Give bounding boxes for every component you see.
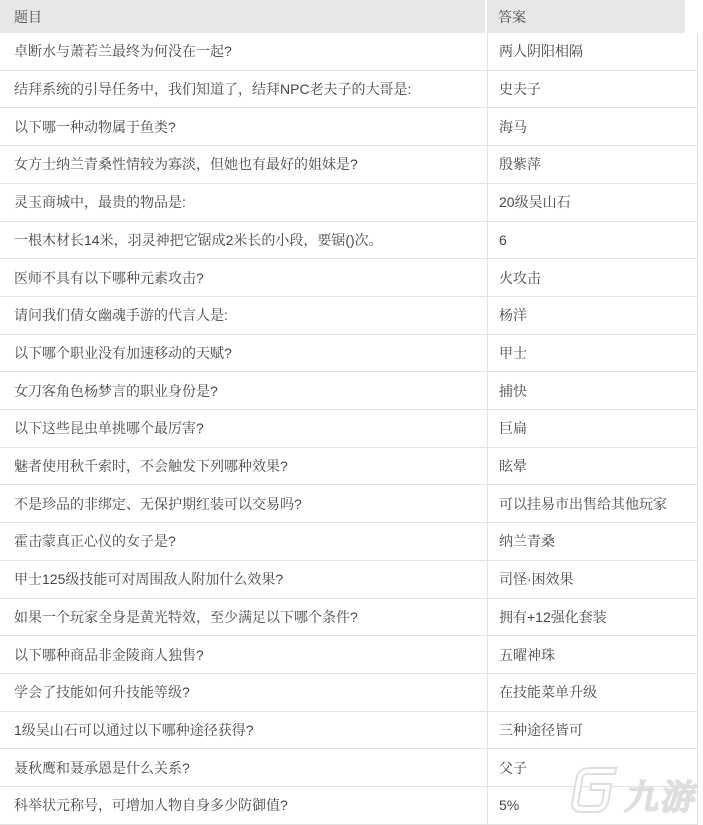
table-row: 聂秋鹰和聂承恩是什么关系? 父子 [0, 749, 697, 787]
question-cell: 以下哪种商品非金陵商人独售? [0, 636, 487, 673]
answer-cell: 5% [487, 787, 697, 824]
question-cell: 女方士纳兰青桑性情较为寡淡，但她也有最好的姐妹是? [0, 146, 487, 183]
answer-cell: 纳兰青桑 [487, 523, 697, 560]
question-cell: 魅者使用秋千索时，不会触发下列哪种效果? [0, 448, 487, 485]
question-cell: 以下这些昆虫单挑哪个最厉害? [0, 410, 487, 447]
answer-cell: 6 [487, 222, 697, 259]
table-row: 1级吴山石可以通过以下哪种途径获得? 三种途径皆可 [0, 712, 697, 750]
question-cell: 结拜系统的引导任务中，我们知道了，结拜NPC老夫子的大哥是: [0, 71, 487, 108]
header-question: 题目 [0, 0, 485, 33]
table-row: 不是珍品的非绑定、无保护期红装可以交易吗? 可以挂易市出售给其他玩家 [0, 485, 697, 523]
answer-cell: 父子 [487, 749, 697, 786]
table-row: 甲士125级技能可对周围敌人附加什么效果? 司怪·困效果 [0, 561, 697, 599]
question-cell: 科举状元称号，可增加人物自身多少防御值? [0, 787, 487, 824]
question-cell: 霍击蒙真正心仪的女子是? [0, 523, 487, 560]
qa-table: 题目 答案 卓断水与萧若兰最终为何没在一起? 两人阴阳相隔 结拜系统的引导任务中… [0, 0, 698, 825]
table-row: 科举状元称号，可增加人物自身多少防御值? 5% [0, 787, 697, 825]
answer-cell: 五曜神珠 [487, 636, 697, 673]
table-row: 灵玉商城中，最贵的物品是: 20级吴山石 [0, 184, 697, 222]
table-row: 请问我们倩女幽魂手游的代言人是: 杨洋 [0, 297, 697, 335]
table-row: 以下哪个职业没有加速移动的天赋? 甲士 [0, 335, 697, 373]
question-cell: 甲士125级技能可对周围敌人附加什么效果? [0, 561, 487, 598]
table-row: 一根木材长14米，羽灵神把它锯成2米长的小段，要锯()次。 6 [0, 222, 697, 260]
question-cell: 以下哪个职业没有加速移动的天赋? [0, 335, 487, 372]
question-cell: 1级吴山石可以通过以下哪种途径获得? [0, 712, 487, 749]
answer-cell: 巨扁 [487, 410, 697, 447]
answer-cell: 史夫子 [487, 71, 697, 108]
question-cell: 卓断水与萧若兰最终为何没在一起? [0, 33, 487, 70]
answer-cell: 捕快 [487, 372, 697, 409]
question-cell: 以下哪一种动物属于鱼类? [0, 108, 487, 145]
question-cell: 学会了技能如何升技能等级? [0, 674, 487, 711]
answer-cell: 在技能菜单升级 [487, 674, 697, 711]
question-cell: 请问我们倩女幽魂手游的代言人是: [0, 297, 487, 334]
question-cell: 医师不具有以下哪种元素攻击? [0, 259, 487, 296]
answer-cell: 火攻击 [487, 259, 697, 296]
question-cell: 不是珍品的非绑定、无保护期红装可以交易吗? [0, 485, 487, 522]
answer-cell: 两人阴阳相隔 [487, 33, 697, 70]
question-cell: 聂秋鹰和聂承恩是什么关系? [0, 749, 487, 786]
answer-cell: 甲士 [487, 335, 697, 372]
table-row: 女刀客角色杨梦言的职业身份是? 捕快 [0, 372, 697, 410]
table-row: 如果一个玩家全身是黄光特效，至少满足以下哪个条件? 拥有+12强化套装 [0, 599, 697, 637]
table-body: 卓断水与萧若兰最终为何没在一起? 两人阴阳相隔 结拜系统的引导任务中，我们知道了… [0, 33, 698, 825]
answer-cell: 可以挂易市出售给其他玩家 [487, 485, 697, 522]
answer-cell: 三种途径皆可 [487, 712, 697, 749]
answer-cell: 殷紫萍 [487, 146, 697, 183]
question-cell: 灵玉商城中，最贵的物品是: [0, 184, 487, 221]
question-cell: 一根木材长14米，羽灵神把它锯成2米长的小段，要锯()次。 [0, 222, 487, 259]
table-row: 霍击蒙真正心仪的女子是? 纳兰青桑 [0, 523, 697, 561]
table-row: 以下哪种商品非金陵商人独售? 五曜神珠 [0, 636, 697, 674]
question-cell: 女刀客角色杨梦言的职业身份是? [0, 372, 487, 409]
table-row: 魅者使用秋千索时，不会触发下列哪种效果? 眩晕 [0, 448, 697, 486]
table-row: 结拜系统的引导任务中，我们知道了，结拜NPC老夫子的大哥是: 史夫子 [0, 71, 697, 109]
answer-cell: 20级吴山石 [487, 184, 697, 221]
table-row: 医师不具有以下哪种元素攻击? 火攻击 [0, 259, 697, 297]
answer-cell: 杨洋 [487, 297, 697, 334]
question-cell: 如果一个玩家全身是黄光特效，至少满足以下哪个条件? [0, 599, 487, 636]
header-answer: 答案 [487, 0, 685, 33]
table-row: 以下这些昆虫单挑哪个最厉害? 巨扁 [0, 410, 697, 448]
answer-cell: 司怪·困效果 [487, 561, 697, 598]
table-row: 卓断水与萧若兰最终为何没在一起? 两人阴阳相隔 [0, 33, 697, 71]
answer-cell: 拥有+12强化套装 [487, 599, 697, 636]
table-row: 学会了技能如何升技能等级? 在技能菜单升级 [0, 674, 697, 712]
table-header-row: 题目 答案 [0, 0, 698, 33]
qa-answers-page: 题目 答案 卓断水与萧若兰最终为何没在一起? 两人阴阳相隔 结拜系统的引导任务中… [0, 0, 703, 825]
answer-cell: 眩晕 [487, 448, 697, 485]
table-row: 女方士纳兰青桑性情较为寡淡，但她也有最好的姐妹是? 殷紫萍 [0, 146, 697, 184]
table-row: 以下哪一种动物属于鱼类? 海马 [0, 108, 697, 146]
answer-cell: 海马 [487, 108, 697, 145]
